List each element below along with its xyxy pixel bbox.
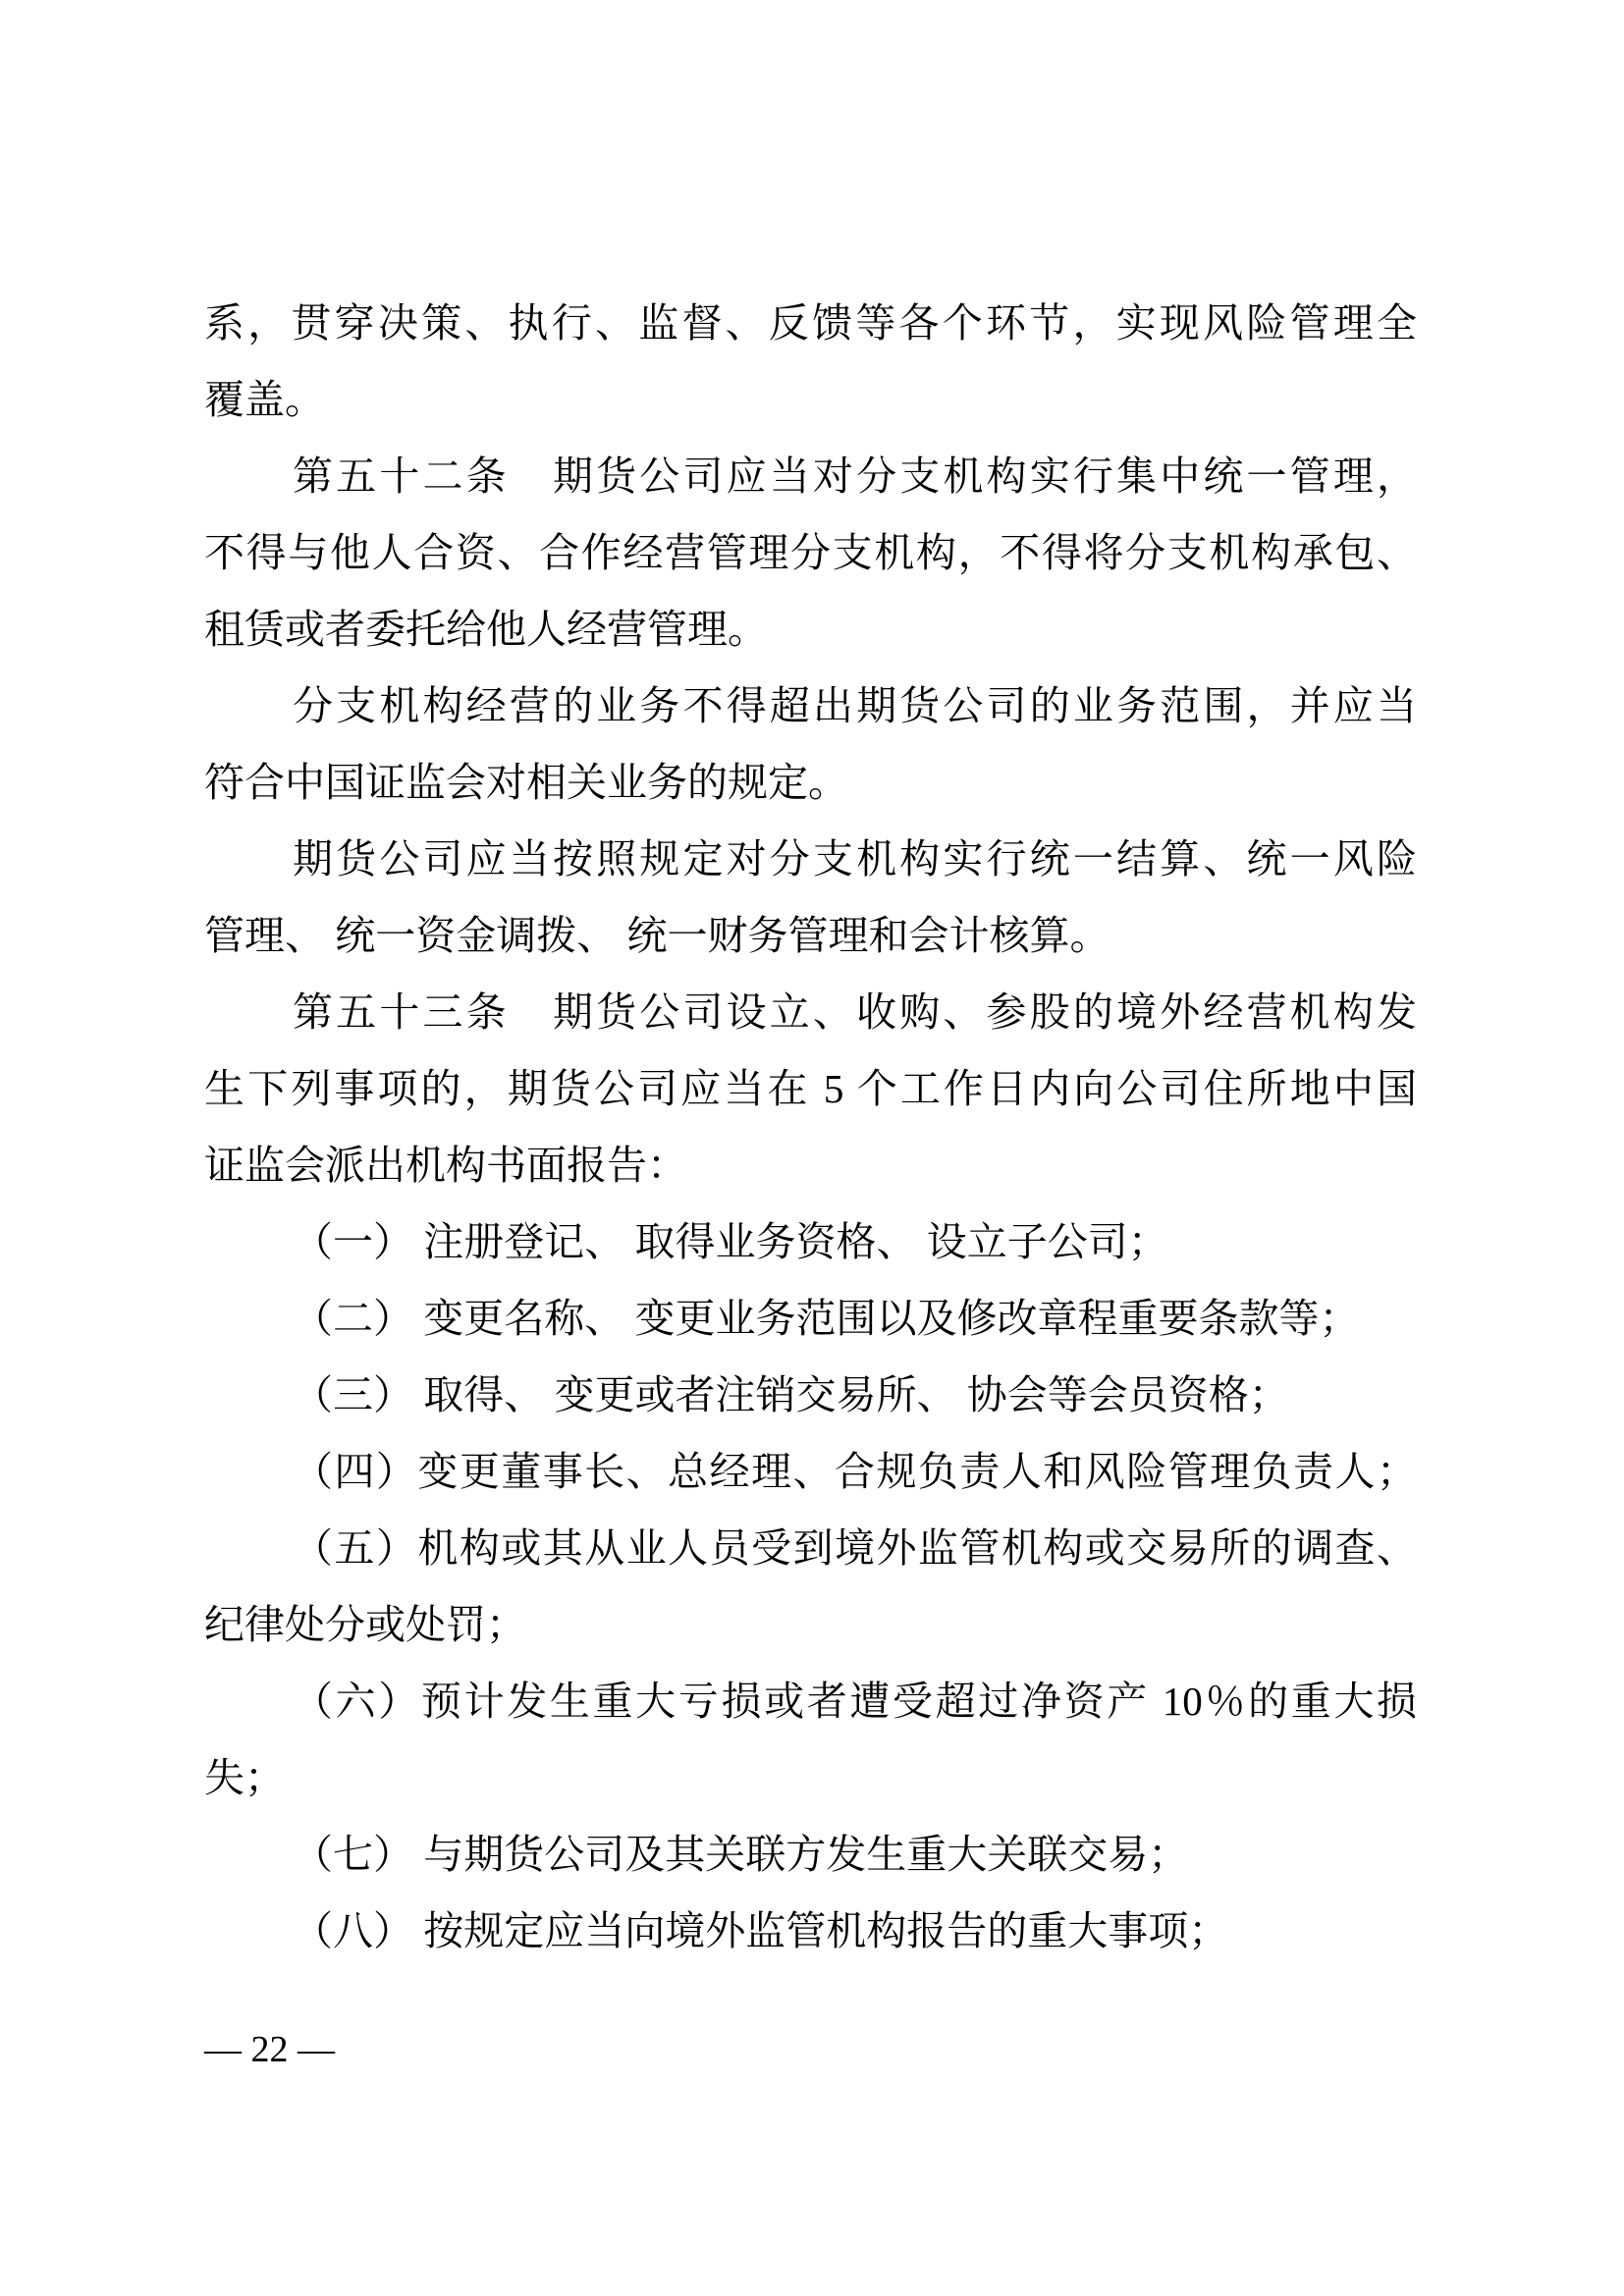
- body-line-3-article-52: 第五十二条 期货公司应当对分支机构实行集中统一管理，: [204, 438, 1417, 514]
- body-line-13-item-1: （一） 注册登记、 取得业务资格、 设立子公司；: [204, 1203, 1417, 1280]
- page-number: — 22 —: [204, 2024, 335, 2075]
- body-line-4: 不得与他人合资、合作经营管理分支机构，不得将分支机构承包、: [204, 514, 1417, 591]
- body-line-7: 符合中国证监会对相关业务的规定。: [204, 744, 1417, 821]
- body-line-17-item-5: （五）机构或其从业人员受到境外监管机构或交易所的调查、: [204, 1510, 1417, 1586]
- document-body: 系，贯穿决策、执行、监督、反馈等各个环节，实现风险管理全 覆盖。 第五十二条 期…: [204, 285, 1417, 1969]
- body-line-10-article-53: 第五十三条 期货公司设立、收购、参股的境外经营机构发: [204, 974, 1417, 1050]
- body-line-6: 分支机构经营的业务不得超出期货公司的业务范围，并应当: [204, 667, 1417, 744]
- body-line-5: 租赁或者委托给他人经营管理。: [204, 591, 1417, 667]
- body-line-2: 覆盖。: [204, 361, 1417, 438]
- body-line-19-item-6: （六）预计发生重大亏损或者遭受超过净资产 10％的重大损: [204, 1663, 1417, 1739]
- document-page: 系，贯穿决策、执行、监督、反馈等各个环节，实现风险管理全 覆盖。 第五十二条 期…: [0, 0, 1624, 2296]
- body-line-12: 证监会派出机构书面报告：: [204, 1127, 1417, 1203]
- body-line-9: 管理、 统一资金调拨、 统一财务管理和会计核算。: [204, 897, 1417, 974]
- body-line-20: 失；: [204, 1739, 1417, 1816]
- body-line-22-item-8: （八） 按规定应当向境外监管机构报告的重大事项；: [204, 1893, 1417, 1969]
- body-line-18: 纪律处分或处罚；: [204, 1586, 1417, 1663]
- body-line-14-item-2: （二） 变更名称、 变更业务范围以及修改章程重要条款等；: [204, 1280, 1417, 1357]
- body-line-1: 系，贯穿决策、执行、监督、反馈等各个环节，实现风险管理全: [204, 285, 1417, 361]
- body-line-15-item-3: （三） 取得、 变更或者注销交易所、 协会等会员资格；: [204, 1357, 1417, 1433]
- body-line-16-item-4: （四）变更董事长、总经理、合规负责人和风险管理负责人；: [204, 1433, 1417, 1510]
- body-line-8: 期货公司应当按照规定对分支机构实行统一结算、统一风险: [204, 821, 1417, 897]
- body-line-11: 生下列事项的，期货公司应当在 5 个工作日内向公司住所地中国: [204, 1050, 1417, 1127]
- body-line-21-item-7: （七） 与期货公司及其关联方发生重大关联交易；: [204, 1816, 1417, 1893]
